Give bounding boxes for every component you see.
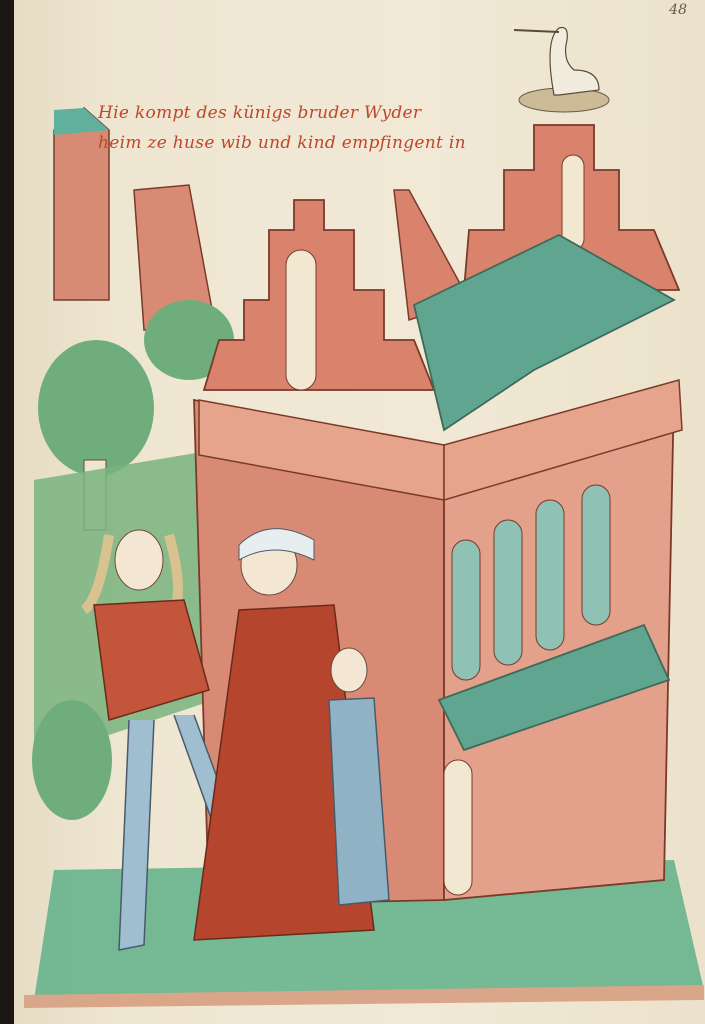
rubric-line-2: heim ze huse wib und kind empfingent in: [98, 128, 538, 158]
man-head: [115, 530, 163, 590]
stork: [550, 28, 599, 96]
child-head: [331, 648, 367, 692]
manuscript-page: 48: [14, 0, 705, 1024]
tree: [38, 340, 154, 476]
rubric-line-1: Hie kompt des künigs bruder Wyder: [98, 98, 538, 128]
rubric-text: Hie kompt des künigs bruder Wyder heim z…: [98, 98, 538, 158]
